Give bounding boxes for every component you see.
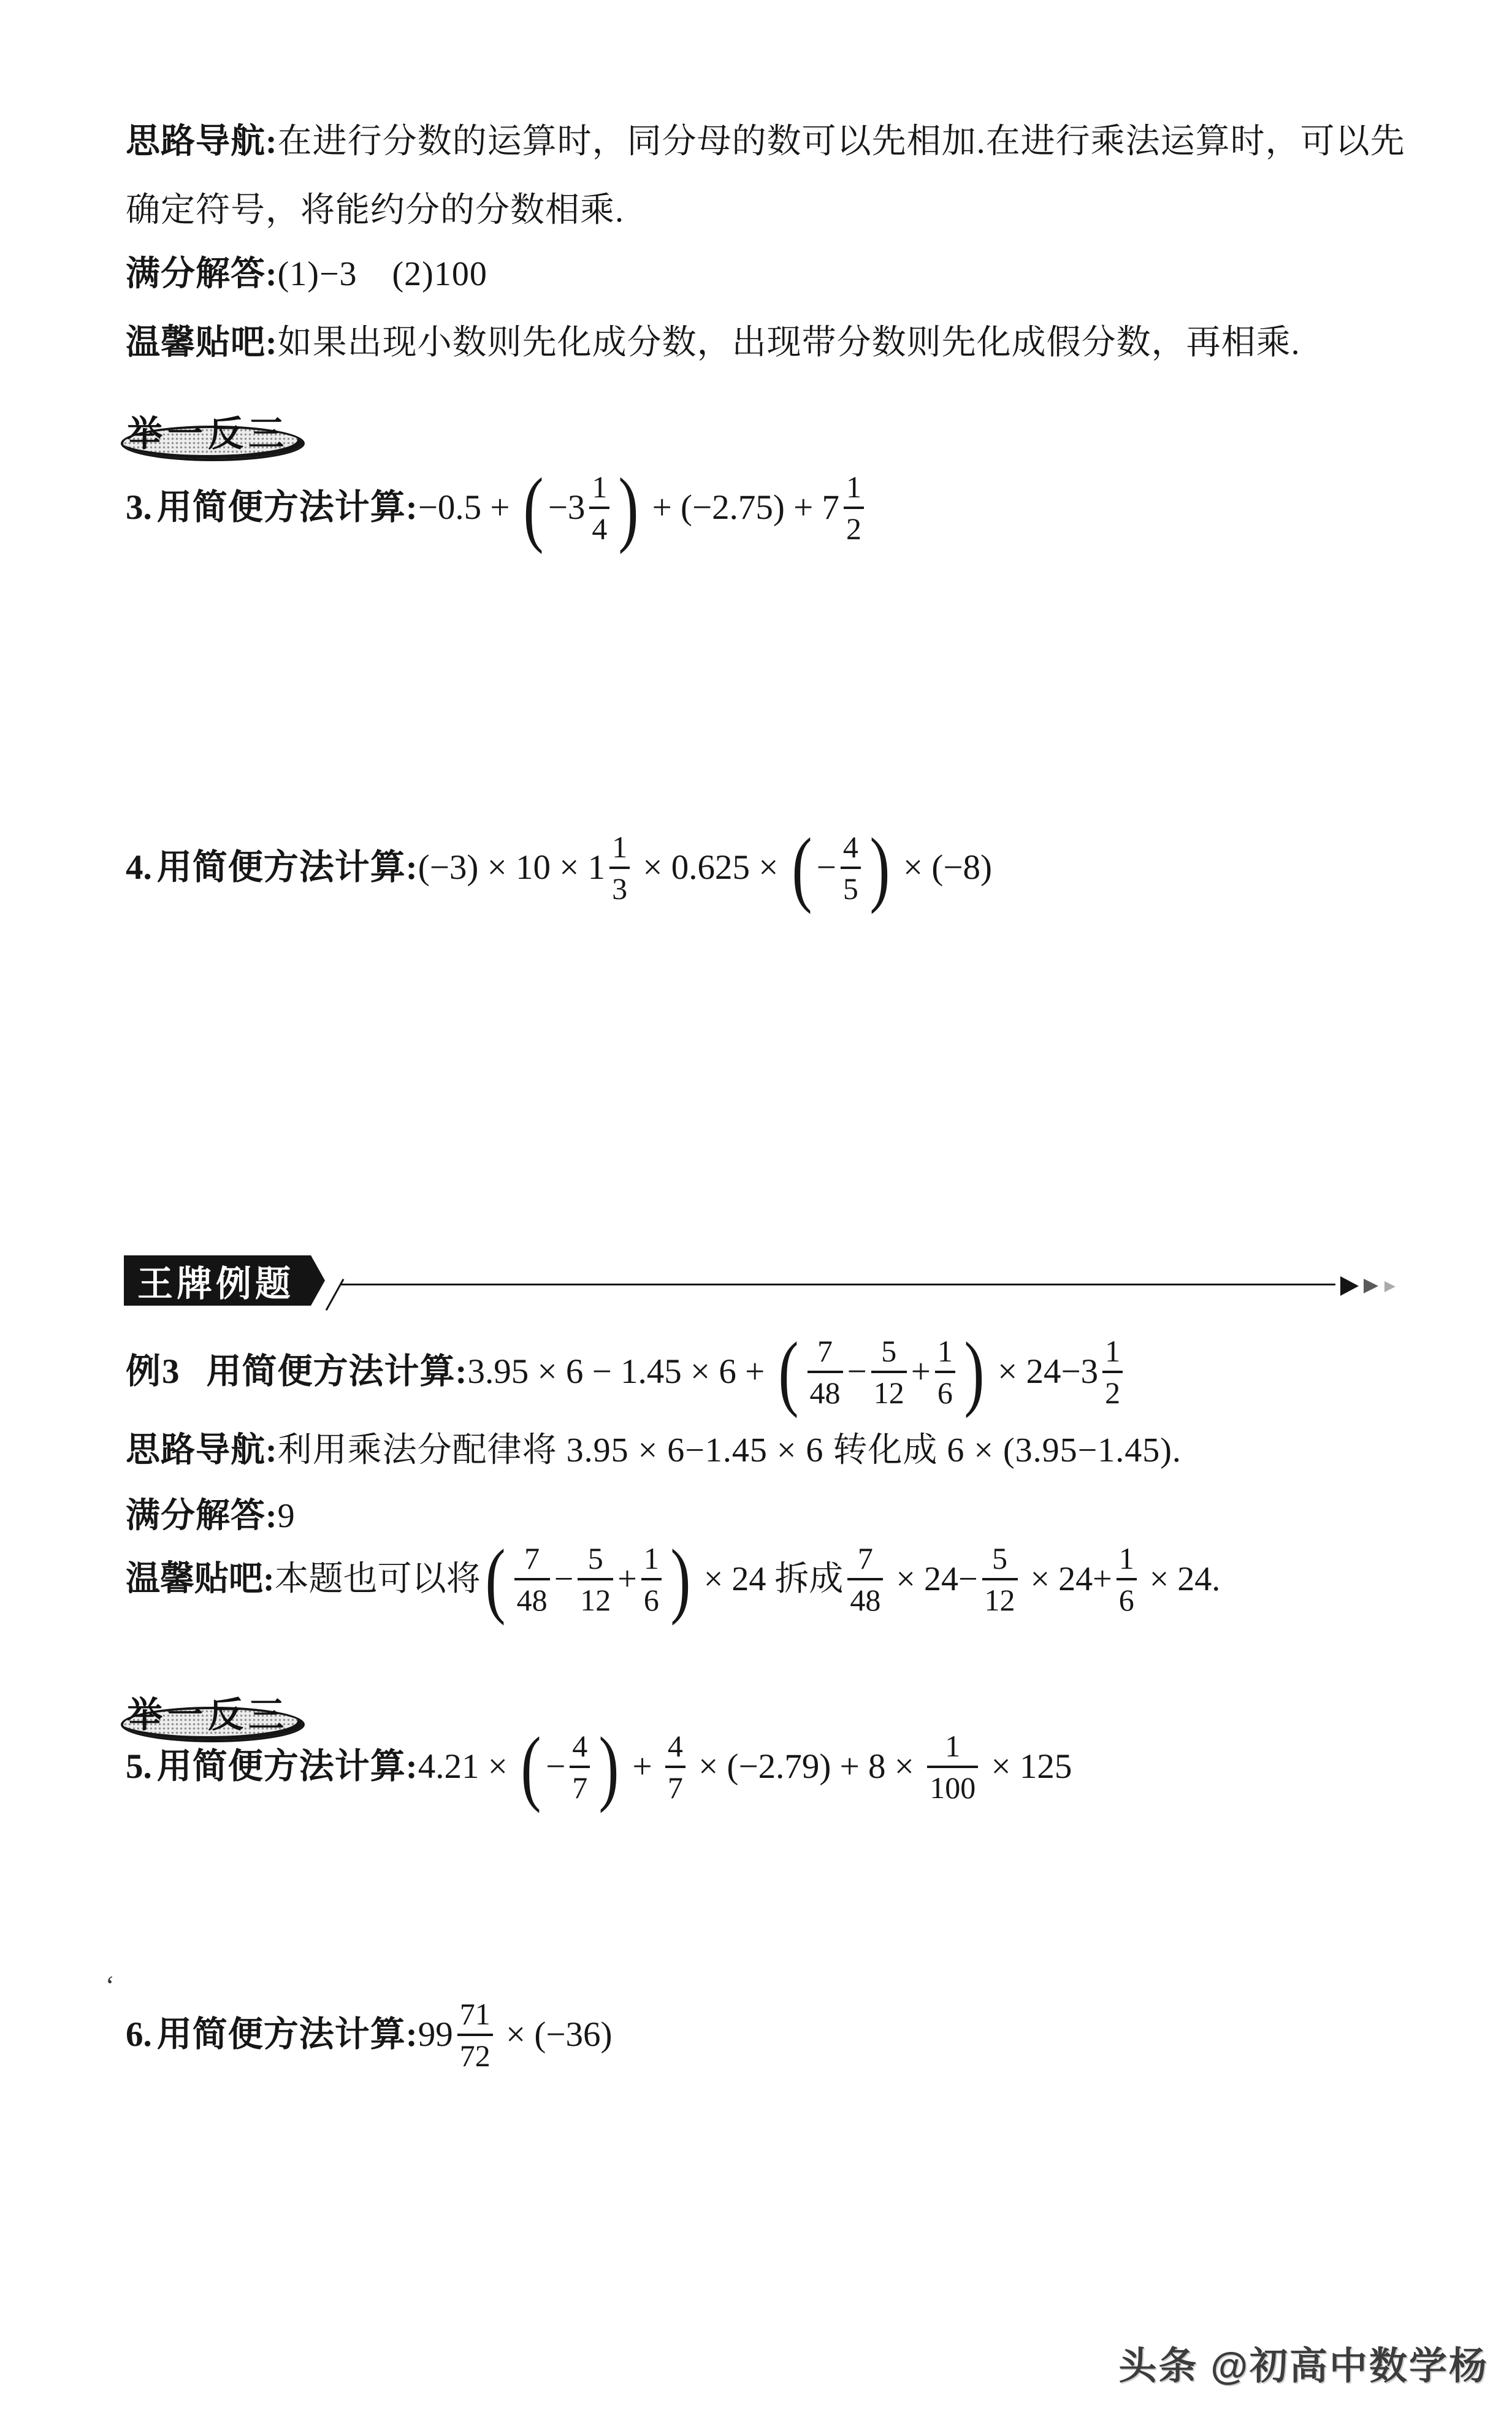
fraction: 748	[514, 1543, 550, 1615]
math-text: +	[624, 1748, 661, 1786]
fraction: 16	[641, 1543, 662, 1615]
intro-answer-text: (1)−3 (2)100	[278, 255, 487, 293]
example3-tip-formula: 本题也可以将(748−512+16) × 24 拆成748 × 24−512 ×…	[275, 1541, 1221, 1618]
fraction-bar	[589, 507, 609, 509]
math-text: 4.21 ×	[418, 1748, 516, 1786]
fraction-bar	[570, 1766, 590, 1768]
fraction: 748	[847, 1543, 883, 1615]
problem-prompt: 用简便方法计算:	[157, 849, 418, 887]
example3-tip-row: 温馨贴吧:本题也可以将(748−512+16) × 24 拆成748 × 24−…	[126, 1541, 1220, 1618]
fraction-bar	[844, 507, 864, 509]
open-paren: (	[778, 1333, 798, 1411]
fraction-bar	[641, 1578, 662, 1580]
example-flag-badge: 王牌例题	[124, 1255, 325, 1306]
problem-5-row: 5.用简便方法计算:4.21 × (−47) + 47 × (−2.79) + …	[126, 1728, 1072, 1806]
math-text: −	[847, 1353, 867, 1392]
math-text: −0.5 +	[418, 489, 519, 527]
problem-formula: 997172 × (−36)	[418, 1999, 613, 2071]
fraction-bar	[841, 867, 861, 869]
example3-answer-line: 满分解答:9	[126, 1495, 296, 1537]
fraction: 16	[1117, 1543, 1137, 1615]
fraction-bar	[514, 1578, 550, 1580]
fraction: 7172	[457, 1999, 493, 2071]
intro-nav-text2: 确定符号，将能约分的分数相乘.	[126, 191, 624, 229]
flag-rule-line	[341, 1284, 1335, 1285]
arrowhead-icon	[1364, 1279, 1378, 1293]
example3-formula: 3.95 × 6 − 1.45 × 6 + (748−512+16) × 24−…	[467, 1333, 1127, 1411]
arrowhead-icon	[1340, 1276, 1359, 1296]
open-paren: (	[523, 469, 543, 547]
problem-formula: 4.21 × (−47) + 47 × (−2.79) + 8 × 1100 ×…	[418, 1728, 1072, 1806]
worksheet-page: 思路导航:在进行分数的运算时，同分母的数可以先相加.在进行乘法运算时，可以先 确…	[0, 0, 1512, 2412]
close-paren: )	[619, 469, 639, 547]
math-text: × (−8)	[895, 849, 992, 887]
math-text: × 24+	[1022, 1561, 1112, 1599]
math-text: −	[554, 1561, 574, 1599]
example3-row: 例3用简便方法计算:3.95 × 6 − 1.45 × 6 + (748−512…	[126, 1333, 1127, 1411]
fraction: 47	[570, 1731, 590, 1803]
fraction: 13	[609, 832, 630, 904]
example3-nav-text: 利用乘法分配律将 3.95 × 6−1.45 × 6 转化成 6 × (3.95…	[278, 1431, 1182, 1469]
math-text: 3.95 × 6 − 1.45 × 6 +	[467, 1353, 773, 1392]
math-text: 本题也可以将	[275, 1561, 481, 1599]
close-paren: )	[670, 1541, 690, 1618]
fraction-bar	[847, 1578, 883, 1580]
problem-number: 5.	[126, 1748, 152, 1786]
open-paren: (	[521, 1728, 541, 1806]
fraction: 1100	[927, 1731, 978, 1803]
math-text: 99	[418, 2016, 453, 2054]
problem-formula: (−3) × 10 × 113 × 0.625 × (−45) × (−8)	[418, 829, 992, 907]
math-text: −	[817, 849, 836, 887]
fraction: 14	[589, 472, 609, 544]
fraction: 512	[982, 1543, 1018, 1615]
footer-watermark: 头条 @初高中数学杨	[1118, 2335, 1489, 2390]
fraction: 47	[665, 1731, 685, 1803]
math-text: × 24−3	[989, 1353, 1098, 1392]
stray-quote-mark: ‘	[105, 1970, 115, 2001]
intro-tip-text: 如果出现小数则先化成分数，出现带分数则先化成假分数，再相乘.	[278, 324, 1300, 362]
problem-prompt: 用简便方法计算:	[157, 489, 418, 527]
example3-answer-label: 满分解答:	[126, 1497, 278, 1535]
problem-formula: −0.5 + (−314) + (−2.75) + 712	[418, 469, 868, 547]
problem-number: 6.	[126, 2016, 152, 2054]
fraction-bar	[982, 1578, 1018, 1580]
problem-number: 3.	[126, 489, 152, 527]
intro-tip-label: 温馨贴吧:	[126, 324, 278, 362]
math-text: −	[546, 1748, 565, 1786]
fraction-bar	[457, 2034, 493, 2036]
problem-4-row: 4.用简便方法计算:(−3) × 10 × 113 × 0.625 × (−45…	[126, 829, 992, 907]
open-paren: (	[485, 1541, 505, 1618]
math-text: −3	[548, 489, 586, 527]
example3-label: 例3	[126, 1353, 181, 1392]
fraction: 512	[871, 1336, 907, 1408]
intro-tip-line: 温馨贴吧:如果出现小数则先化成分数，出现带分数则先化成假分数，再相乘.	[126, 321, 1300, 364]
close-paren: )	[869, 829, 890, 907]
math-text: +	[911, 1353, 931, 1392]
problem-6-row: 6.用简便方法计算:997172 × (−36)	[126, 1999, 613, 2071]
math-text: + (−2.75) + 7	[643, 489, 839, 527]
math-text: × (−2.79) + 8 ×	[690, 1748, 923, 1786]
example3-tip-label: 温馨贴吧:	[126, 1561, 275, 1599]
practice-badge-1: 举一反三	[121, 405, 317, 473]
fraction-bar	[578, 1578, 613, 1580]
practice-badge-label: 举一反三	[127, 1686, 289, 1737]
example3-nav-line: 思路导航:利用乘法分配律将 3.95 × 6−1.45 × 6 转化成 6 × …	[126, 1429, 1182, 1472]
math-text: × 24−	[887, 1561, 977, 1599]
fraction: 748	[808, 1336, 843, 1408]
fraction-bar	[935, 1371, 955, 1373]
math-text: × (−36)	[497, 2016, 613, 2054]
open-paren: (	[792, 829, 812, 907]
problem-3-row: 3.用简便方法计算:−0.5 + (−314) + (−2.75) + 712	[126, 469, 868, 547]
fraction-bar	[665, 1766, 685, 1768]
math-text: × 125	[982, 1748, 1072, 1786]
fraction-bar	[927, 1766, 978, 1768]
problem-prompt: 用简便方法计算:	[157, 1748, 418, 1786]
close-paren: )	[599, 1728, 619, 1806]
math-text: +	[617, 1561, 637, 1599]
fraction-bar	[871, 1371, 907, 1373]
fraction: 12	[844, 472, 864, 544]
arrowhead-icon	[1384, 1281, 1396, 1292]
fraction: 45	[841, 832, 861, 904]
practice-badge-label: 举一反三	[127, 405, 289, 456]
close-paren: )	[964, 1333, 984, 1411]
math-text: × 24.	[1141, 1561, 1221, 1599]
problem-prompt: 用简便方法计算:	[157, 2016, 418, 2054]
intro-nav-text: 在进行分数的运算时，同分母的数可以先相加.在进行乘法运算时，可以先	[278, 123, 1405, 161]
math-text: × 0.625 ×	[634, 849, 787, 887]
math-text: × 24 拆成	[695, 1561, 844, 1599]
math-text: (−3) × 10 × 1	[418, 849, 605, 887]
fraction-bar	[1117, 1578, 1137, 1580]
fraction: 16	[935, 1336, 955, 1408]
example-flag-label: 王牌例题	[137, 1255, 294, 1306]
intro-answer-label: 满分解答:	[126, 255, 278, 293]
example3-answer-text: 9	[278, 1497, 296, 1535]
fraction: 12	[1102, 1336, 1123, 1408]
intro-answer-line: 满分解答:(1)−3 (2)100	[126, 253, 487, 296]
fraction: 512	[578, 1543, 613, 1615]
fraction-bar	[808, 1371, 843, 1373]
example3-nav-label: 思路导航:	[126, 1431, 278, 1469]
intro-nav-label: 思路导航:	[126, 123, 278, 161]
example3-prompt: 用简便方法计算:	[207, 1353, 468, 1392]
intro-nav-line1: 思路导航:在进行分数的运算时，同分母的数可以先相加.在进行乘法运算时，可以先	[126, 120, 1405, 163]
intro-nav-line2: 确定符号，将能约分的分数相乘.	[126, 189, 624, 232]
problem-number: 4.	[126, 849, 152, 887]
fraction-bar	[1102, 1371, 1123, 1373]
fraction-bar	[609, 867, 630, 869]
